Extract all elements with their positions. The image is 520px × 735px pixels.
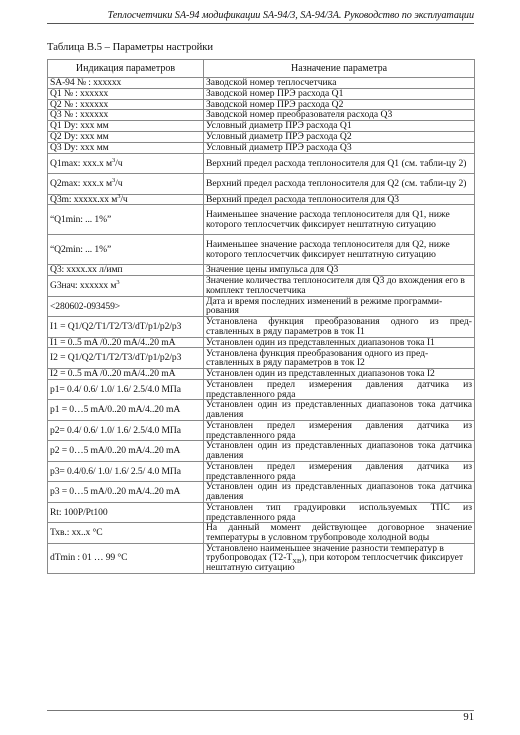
purpose-cell: Установлен один из представленных диапаз… <box>204 441 475 462</box>
indication-cell: I1 = Q1/Q2/T1/T2/T3/dT/p1/p2/p3 <box>48 317 204 338</box>
indication-cell: I1 = 0..5 mA /0..20 mA/4..20 mA <box>48 337 204 348</box>
purpose-cell: Установлено наименьшее значение разности… <box>204 543 475 573</box>
table-row: Q2 № : хххххх Заводской номер ПРЭ расход… <box>48 99 475 110</box>
table-row: G3нач: хххххх м3 Значение количества теп… <box>48 276 475 297</box>
purpose-cell: Установлен один из представленных диапаз… <box>204 400 475 421</box>
footer-rule <box>47 710 474 711</box>
indication-cell: Q3m: ххххх.хх м3/ч <box>48 194 204 205</box>
indication-cell: “Q1min: ... 1%” <box>48 205 204 235</box>
purpose-cell: Верхний предел расхода теплоносителя для… <box>204 153 475 174</box>
indication-cell: SA-94 № : хххххх <box>48 78 204 89</box>
table-row: I2 = 0..5 mA /0..20 mA/4..20 mA Установл… <box>48 368 475 379</box>
purpose-cell: Установлен один из представленных диапаз… <box>204 482 475 503</box>
purpose-cell: Заводской номер ПРЭ расхода Q2 <box>204 99 475 110</box>
table-row: Q2 Dy: ххх мм Условный диаметр ПРЭ расхо… <box>48 131 475 142</box>
indication-cell: Q1max: ххх.х м3/ч <box>48 153 204 174</box>
table-row: I1 = 0..5 mA /0..20 mA/4..20 mA Установл… <box>48 337 475 348</box>
indication-cell: I2 = Q1/Q2/T1/T2/T3/dT/p1/p2/p3 <box>48 348 204 369</box>
purpose-cell: Условный диаметр ПРЭ расхода Q2 <box>204 131 475 142</box>
table-row: <280602-093459> Дата и время последних и… <box>48 296 475 317</box>
purpose-cell: Установлен предел измерения давления дат… <box>204 461 475 482</box>
indication-cell: dTmin : 01 … 99 °С <box>48 543 204 573</box>
purpose-cell: Верхний предел расхода теплоносителя для… <box>204 194 475 205</box>
purpose-cell: Установлена функция преобразования одног… <box>204 317 475 338</box>
table-row: Q1max: ххх.х м3/ч Верхний предел расхода… <box>48 153 475 174</box>
table-caption: Таблица В.5 – Параметры настройки <box>47 42 213 54</box>
purpose-cell: Условный диаметр ПРЭ расхода Q1 <box>204 121 475 132</box>
table-row: p1 = 0…5 mA/0..20 mA/4..20 mA Установлен… <box>48 400 475 421</box>
table-row: dTmin : 01 … 99 °С Установлено наименьше… <box>48 543 475 573</box>
purpose-cell: Верхний предел расхода теплоносителя для… <box>204 174 475 195</box>
indication-cell: I2 = 0..5 mA /0..20 mA/4..20 mA <box>48 368 204 379</box>
table-row: SA-94 № : хххххх Заводской номер теплосч… <box>48 78 475 89</box>
purpose-cell: Установлен один из представленных диапаз… <box>204 337 475 348</box>
purpose-cell: Значение количества теплоносителя для Q3… <box>204 276 475 297</box>
table-row: p2= 0.4/ 0.6/ 1.0/ 1.6/ 2.5/4.0 МПа Уста… <box>48 420 475 441</box>
table-row: I1 = Q1/Q2/T1/T2/T3/dT/p1/p2/p3 Установл… <box>48 317 475 338</box>
indication-cell: p2= 0.4/ 0.6/ 1.0/ 1.6/ 2.5/4.0 МПа <box>48 420 204 441</box>
indication-cell: Q2 Dy: ххх мм <box>48 131 204 142</box>
indication-cell: p2 = 0…5 mA/0..20 mA/4..20 mA <box>48 441 204 462</box>
purpose-cell: Значение цены импульса для Q3 <box>204 265 475 276</box>
table-row: p3= 0.4/0.6/ 1.0/ 1.6/ 2.5/ 4.0 МПа Уста… <box>48 461 475 482</box>
table-row: Q3 Dy: ххх мм Условный диаметр ПРЭ расхо… <box>48 142 475 153</box>
purpose-cell: Заводской номер ПРЭ расхода Q1 <box>204 88 475 99</box>
column-header-purpose: Назначение параметра <box>204 60 475 78</box>
indication-cell: p1 = 0…5 mA/0..20 mA/4..20 mA <box>48 400 204 421</box>
indication-cell: Q2 № : хххххх <box>48 99 204 110</box>
table-row: p1= 0.4/ 0.6/ 1.0/ 1.6/ 2.5/4.0 МПа Уста… <box>48 379 475 400</box>
indication-cell: p1= 0.4/ 0.6/ 1.0/ 1.6/ 2.5/4.0 МПа <box>48 379 204 400</box>
purpose-cell: Наименьшее значение расхода теплоносител… <box>204 235 475 265</box>
indication-cell: G3нач: хххххх м3 <box>48 276 204 297</box>
table-row: Q1 № : хххххх Заводской номер ПРЭ расход… <box>48 88 475 99</box>
purpose-cell: Установлена функция преобразования одног… <box>204 348 475 369</box>
table-row: Q3 № : хххххх Заводской номер преобразов… <box>48 110 475 121</box>
table-row: “Q2min: ... 1%” Наименьшее значение расх… <box>48 235 475 265</box>
indication-cell: Q3: хххх.хх л/имп <box>48 265 204 276</box>
table-row: Q3m: ххххх.хх м3/ч Верхний предел расход… <box>48 194 475 205</box>
table-row: I2 = Q1/Q2/T1/T2/T3/dT/p1/p2/p3 Установл… <box>48 348 475 369</box>
table-row: Q1 Dy: ххх мм Условный диаметр ПРЭ расхо… <box>48 121 475 132</box>
purpose-cell: Заводской номер теплосчетчика <box>204 78 475 89</box>
purpose-cell: Заводской номер преобразователя расхода … <box>204 110 475 121</box>
indication-cell: Тхв.: хх..х °С <box>48 523 204 544</box>
page-number: 91 <box>400 712 474 724</box>
indication-cell: Q3 № : хххххх <box>48 110 204 121</box>
table-row: p3 = 0…5 mA/0..20 mA/4..20 mA Установлен… <box>48 482 475 503</box>
indication-cell: Q1 № : хххххх <box>48 88 204 99</box>
table-row: p2 = 0…5 mA/0..20 mA/4..20 mA Установлен… <box>48 441 475 462</box>
indication-cell: “Q2min: ... 1%” <box>48 235 204 265</box>
table-row: Тхв.: хх..х °С На данный момент действую… <box>48 523 475 544</box>
indication-cell: <280602-093459> <box>48 296 204 317</box>
purpose-cell: Дата и время последних изменений в режим… <box>204 296 475 317</box>
indication-cell: Rt: 100P/Pt100 <box>48 502 204 523</box>
indication-cell: Q3 Dy: ххх мм <box>48 142 204 153</box>
purpose-cell: Установлен предел измерения давления дат… <box>204 420 475 441</box>
purpose-cell: На данный момент действующее договорное … <box>204 523 475 544</box>
purpose-cell: Условный диаметр ПРЭ расхода Q3 <box>204 142 475 153</box>
indication-cell: p3= 0.4/0.6/ 1.0/ 1.6/ 2.5/ 4.0 МПа <box>48 461 204 482</box>
settings-parameters-table: Индикация параметров Назначение параметр… <box>47 59 475 574</box>
column-header-indication: Индикация параметров <box>48 60 204 78</box>
indication-cell: p3 = 0…5 mA/0..20 mA/4..20 mA <box>48 482 204 503</box>
purpose-cell: Установлен предел измерения давления дат… <box>204 379 475 400</box>
table-row: “Q1min: ... 1%” Наименьшее значение расх… <box>48 205 475 235</box>
table-row: Q3: хххх.хх л/имп Значение цены импульса… <box>48 265 475 276</box>
table-row: Rt: 100P/Pt100 Установлен тип градуировк… <box>48 502 475 523</box>
indication-cell: Q1 Dy: ххх мм <box>48 121 204 132</box>
purpose-cell: Установлен тип градуировки используемых … <box>204 502 475 523</box>
table-row: Q2max: ххх.х м3/ч Верхний предел расхода… <box>48 174 475 195</box>
indication-cell: Q2max: ххх.х м3/ч <box>48 174 204 195</box>
running-header: Теплосчетчики SA-94 модификации SA-94/3,… <box>47 10 474 24</box>
purpose-cell: Наименьшее значение расхода теплоносител… <box>204 205 475 235</box>
purpose-cell: Установлен один из представленных диапаз… <box>204 368 475 379</box>
